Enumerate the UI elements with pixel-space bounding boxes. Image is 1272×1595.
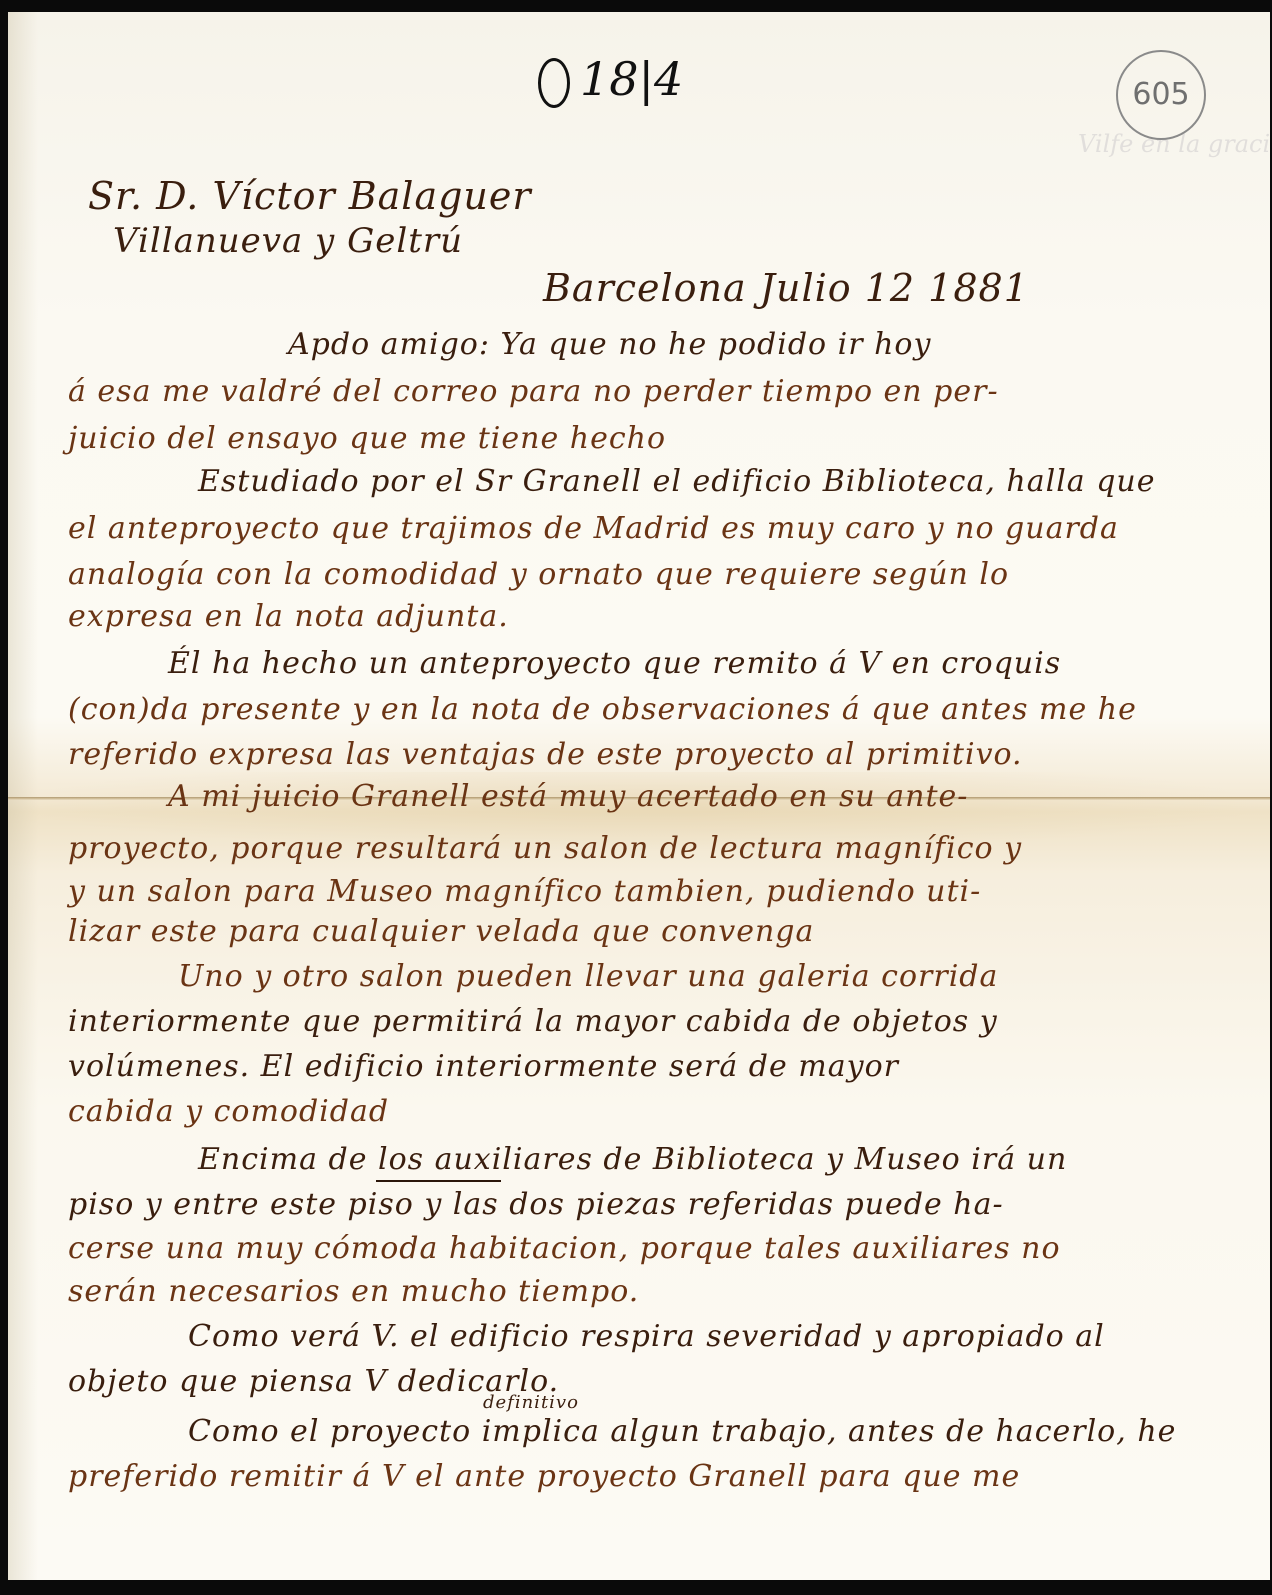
circled-c-icon: C bbox=[538, 58, 570, 108]
folio-number: 605 bbox=[1116, 50, 1206, 140]
recipient-location: Villanueva y Geltrú bbox=[113, 224, 463, 258]
body-line-17: volúmenes. El edificio interiormente ser… bbox=[68, 1052, 899, 1082]
body-line-22: serán necesarios en mucho tiempo. bbox=[68, 1277, 639, 1307]
body-line-1: Apdo amigo: Ya que no he podido ir hoy bbox=[288, 330, 931, 360]
body-line-26: preferido remitir á V el ante proyecto G… bbox=[68, 1462, 1020, 1492]
interlinear-insertion: definitivo bbox=[483, 1394, 579, 1412]
place-date: Barcelona Julio 12 1881 bbox=[543, 269, 1029, 307]
body-line-19-text: Encima de los auxiliares de Biblioteca y… bbox=[198, 1142, 1067, 1177]
archive-mark-visible: 18|4 bbox=[580, 52, 683, 106]
body-line-20: piso y entre este piso y las dos piezas … bbox=[68, 1190, 1004, 1220]
body-line-25: Como el proyecto implica algun trabajo, … bbox=[188, 1417, 1176, 1447]
body-line-18: cabida y comodidad bbox=[68, 1097, 389, 1127]
archive-mark: CC 18|418|4 bbox=[538, 52, 683, 108]
body-line-11: A mi juicio Granell está muy acertado en… bbox=[168, 782, 968, 812]
body-line-10: referido expresa las ventajas de este pr… bbox=[68, 740, 1023, 770]
body-line-21: cerse una muy cómoda habitacion, porque … bbox=[68, 1234, 1061, 1264]
body-line-12: proyecto, porque resultará un salon de l… bbox=[68, 834, 1022, 864]
body-line-19: Encima de los auxiliares de Biblioteca y… bbox=[198, 1145, 1067, 1175]
letter-page: Vilfe en la gracia. CC 18|418|4 605 Sr. … bbox=[8, 12, 1270, 1580]
body-line-14: lizar este para cualquier velada que con… bbox=[68, 917, 814, 947]
body-line-13: y un salon para Museo magnífico tambien,… bbox=[68, 877, 981, 907]
recipient-name: Sr. D. Víctor Balaguer bbox=[88, 177, 532, 215]
body-line-3: juicio del ensayo que me tiene hecho bbox=[68, 424, 666, 454]
body-line-5: el anteproyecto que trajimos de Madrid e… bbox=[68, 514, 1119, 544]
body-line-9: (con)da presente y en la nota de observa… bbox=[68, 695, 1137, 725]
body-line-16: interiormente que permitirá la mayor cab… bbox=[68, 1007, 998, 1037]
body-line-4: Estudiado por el Sr Granell el edificio … bbox=[198, 467, 1156, 497]
body-line-15: Uno y otro salon pueden llevar una galer… bbox=[178, 962, 998, 992]
body-line-8: Él ha hecho un anteproyecto que remito á… bbox=[168, 649, 1061, 679]
underline-auxiliares bbox=[376, 1180, 501, 1182]
body-line-2: á esa me valdré del correo para no perde… bbox=[68, 377, 999, 407]
body-line-23: Como verá V. el edificio respira severid… bbox=[188, 1322, 1105, 1352]
body-line-6: analogía con la comodidad y ornato que r… bbox=[68, 560, 1009, 590]
body-line-7: expresa en la nota adjunta. bbox=[68, 602, 509, 632]
